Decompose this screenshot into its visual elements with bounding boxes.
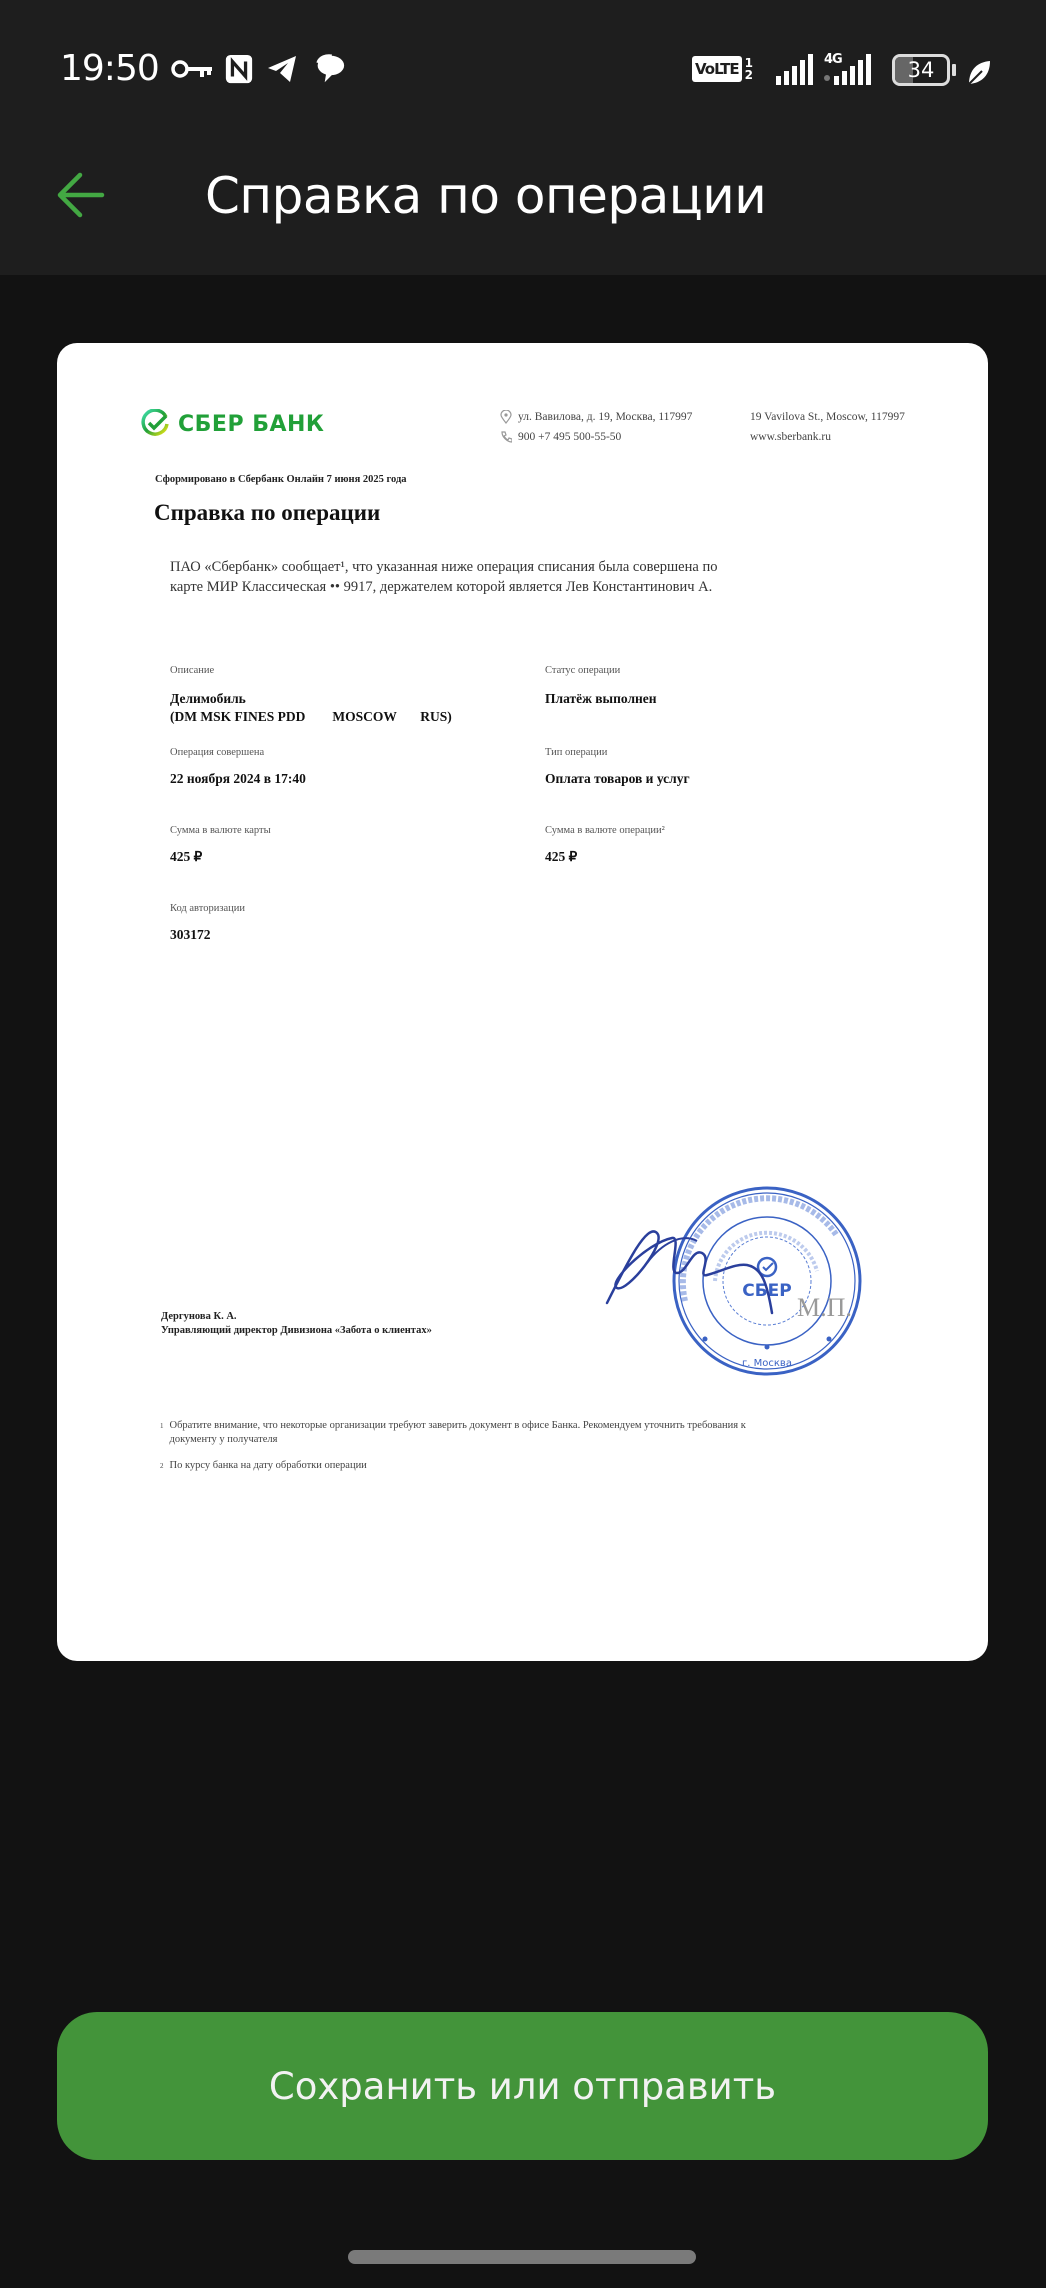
field-amount-operation: Сумма в валюте операции² 425 ₽: [545, 825, 665, 866]
volte-icon: VoLTE 1 2: [692, 52, 753, 86]
footnote: 1 Обратите внимание, что некоторые орган…: [160, 1419, 790, 1447]
field-type: Тип операции Оплата товаров и услуг: [545, 747, 690, 788]
document-title: Справка по операции: [154, 500, 380, 526]
field-auth-code: Код авторизации 303172: [170, 903, 245, 944]
field-description: Описание Делимобиль (DM MSK FINES PDD MO…: [170, 665, 452, 726]
home-indicator[interactable]: [348, 2250, 696, 2264]
signature: [587, 1203, 807, 1323]
vpn-key-icon: [170, 54, 214, 84]
status-time: 19:50: [60, 48, 159, 89]
chat-bubble-icon: [312, 54, 348, 84]
back-button[interactable]: [50, 165, 110, 225]
bank-contacts-ru: ул. Вавилова, д. 19, Москва, 117997 900 …: [500, 407, 692, 447]
location-pin-icon: [500, 410, 512, 424]
nfc-icon: [224, 54, 254, 84]
battery-saver-leaf-icon: [966, 56, 992, 90]
app-header: Справка по операции: [0, 140, 1046, 275]
signal-sim1-icon: [774, 52, 814, 86]
document-preview[interactable]: СБЕР БАНК ул. Вавилова, д. 19, Москва, 1…: [57, 343, 988, 1661]
signer-block: Дергунова К. А. Управляющий директор Див…: [161, 1310, 432, 1338]
page-title: Справка по операции: [205, 167, 766, 225]
document-intro: ПАО «Сбербанк» сообщает¹, что указанная …: [170, 557, 730, 597]
footnotes: 1 Обратите внимание, что некоторые орган…: [160, 1419, 790, 1485]
battery-icon: 34: [892, 54, 956, 86]
footnote: 2 По курсу банка на дату обработки опера…: [160, 1459, 790, 1473]
phone-icon: [500, 430, 512, 444]
generated-note: Сформировано в Сбербанк Онлайн 7 июня 20…: [155, 474, 407, 485]
field-status: Статус операции Платёж выполнен: [545, 665, 657, 708]
bank-contacts-en: 19 Vavilova St., Moscow, 117997 www.sber…: [750, 407, 905, 447]
sber-logo-icon: [140, 409, 170, 439]
telegram-icon: [266, 54, 298, 84]
field-amount-card: Сумма в валюте карты 425 ₽: [170, 825, 271, 866]
save-or-send-button[interactable]: Сохранить или отправить: [57, 2012, 988, 2160]
status-bar: 19:50 VoLTE 1 2 4G: [0, 0, 1046, 140]
svg-text:г. Москва: г. Москва: [742, 1358, 792, 1369]
signal-4g-sim2-icon: 4G: [822, 52, 882, 86]
arrow-left-icon: [50, 165, 110, 225]
sberbank-logo: СБЕР БАНК: [140, 409, 324, 439]
field-date: Операция совершена 22 ноября 2024 в 17:4…: [170, 747, 306, 788]
